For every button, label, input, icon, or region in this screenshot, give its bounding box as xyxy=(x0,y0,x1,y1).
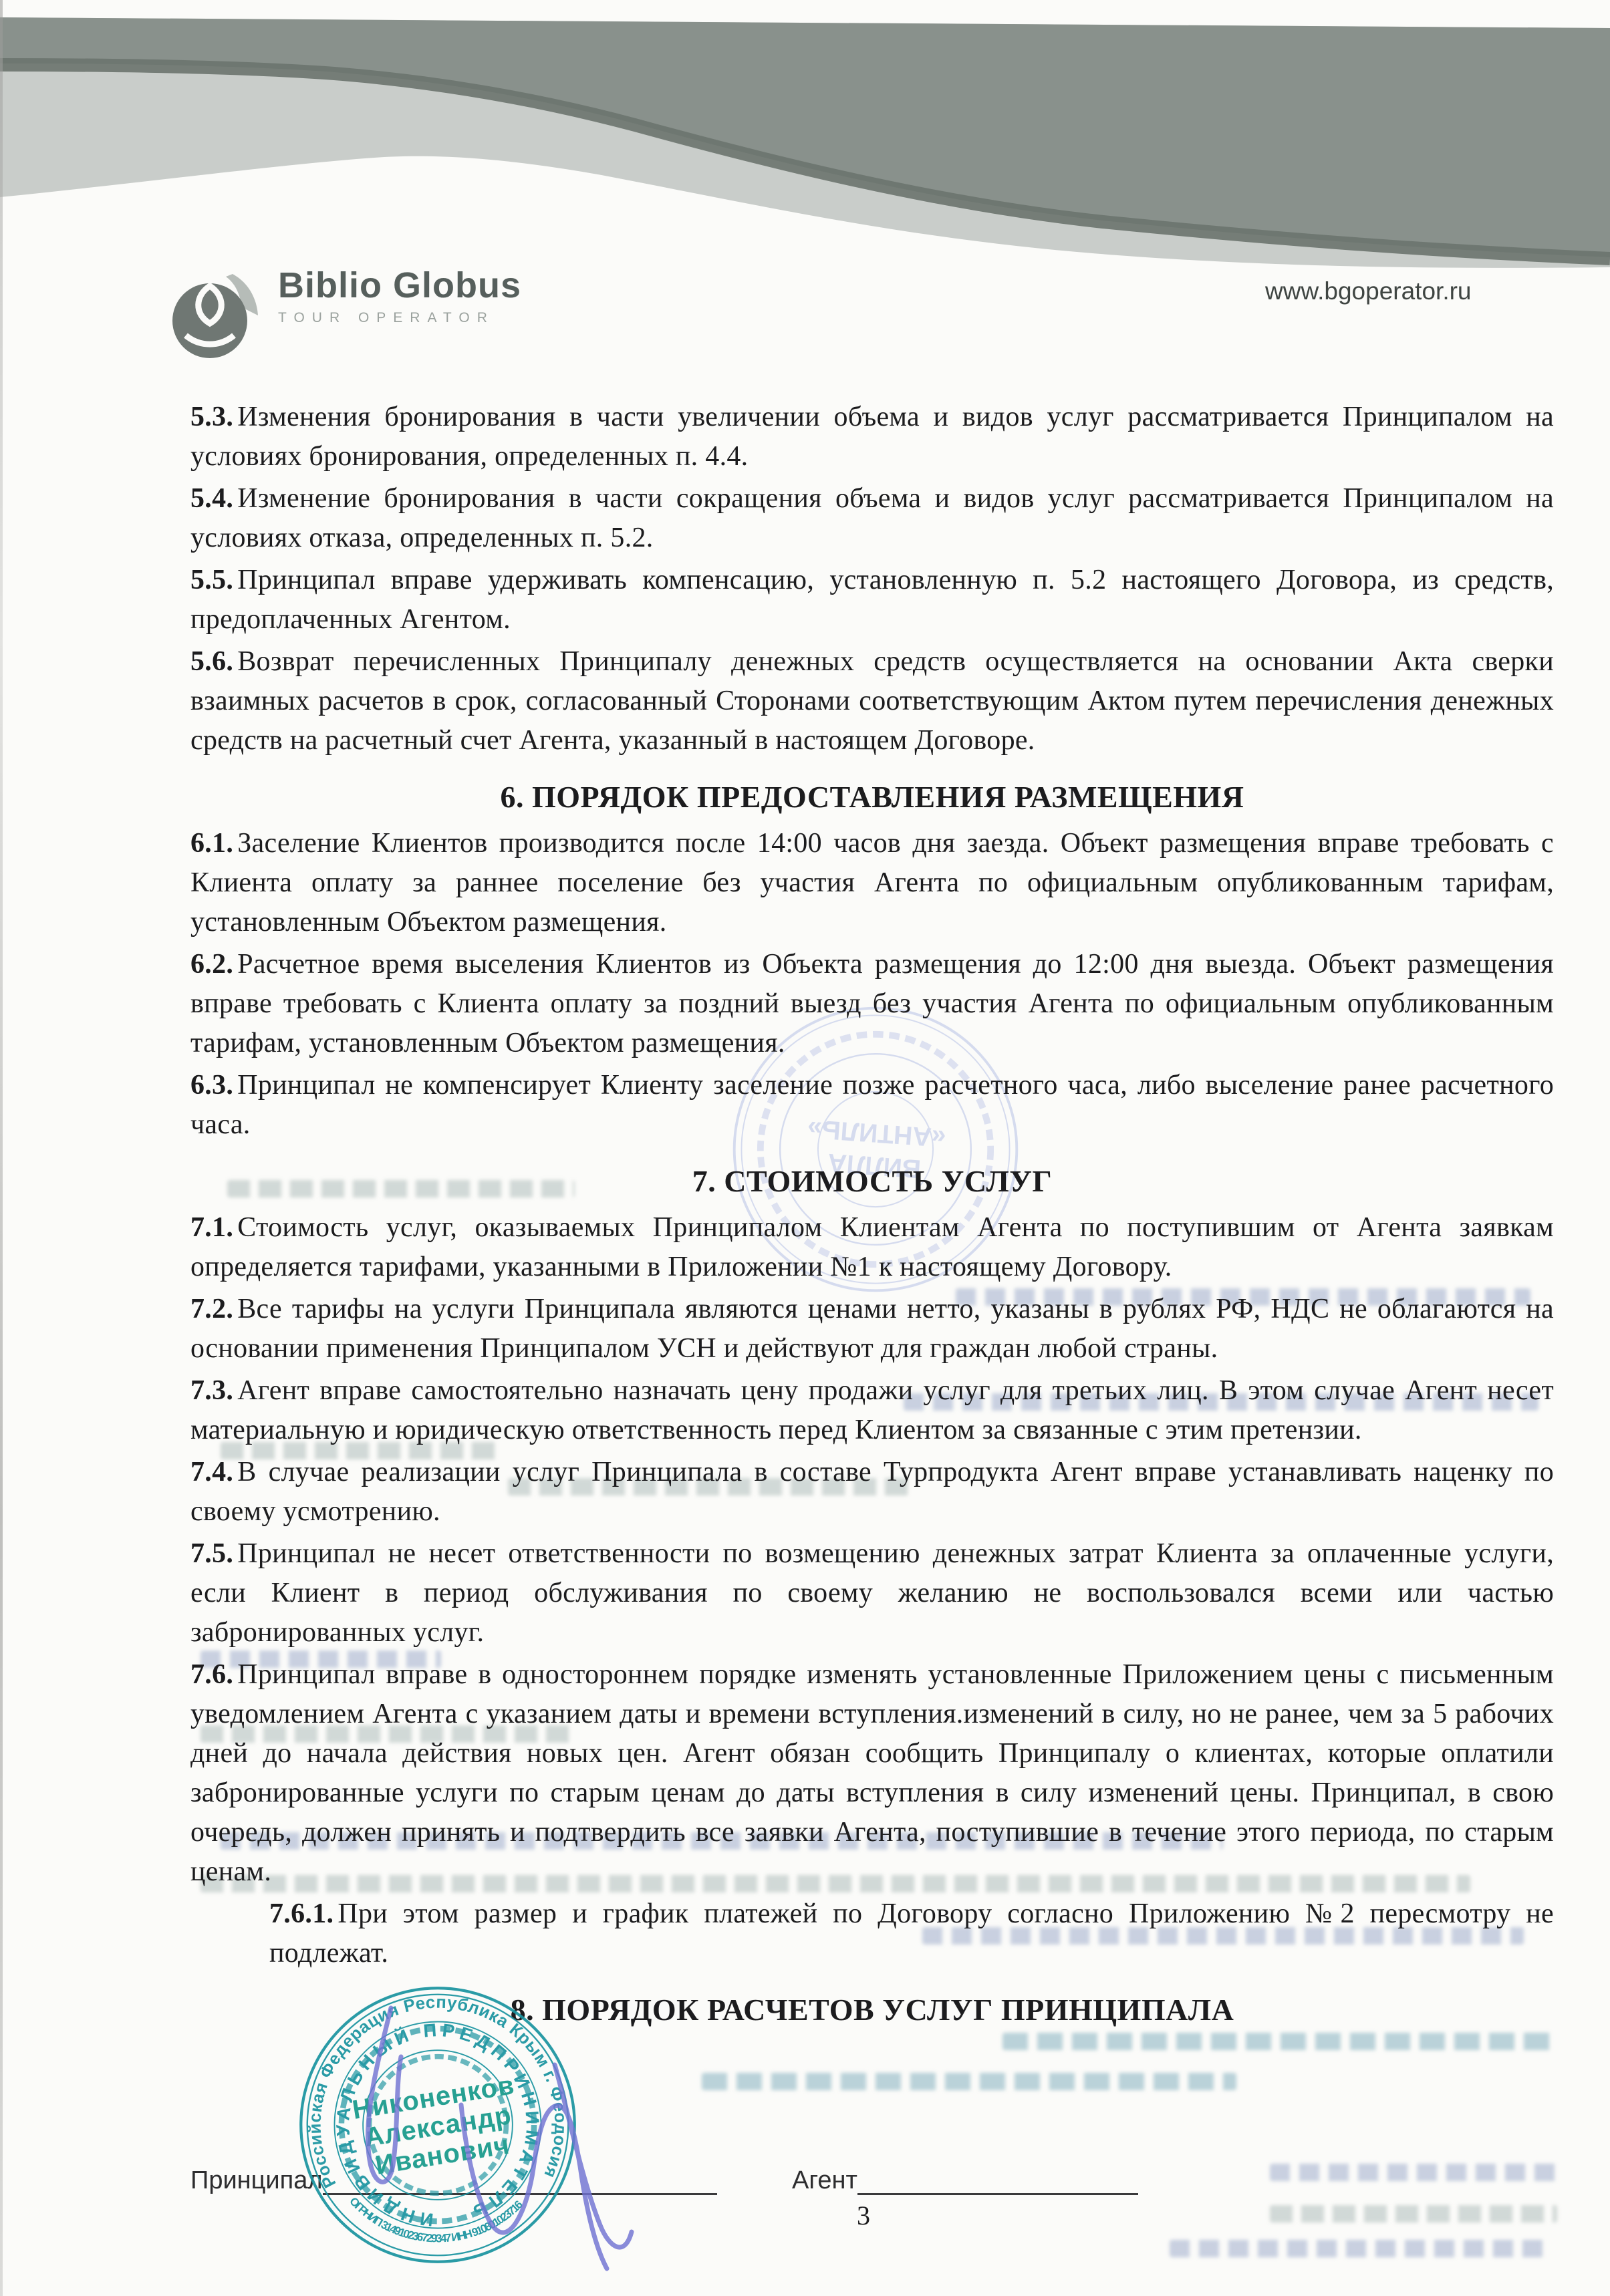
clause-7.3: 7.3.Агент вправе самостоятельно назначат… xyxy=(190,1371,1554,1450)
clause-text: Агент вправе самостоятельно назначать це… xyxy=(190,1375,1554,1445)
clause-7.2: 7.2.Все тарифы на услуги Принципала явля… xyxy=(190,1290,1554,1369)
clause-7.6: 7.6.Принципал вправе в одностороннем пор… xyxy=(190,1655,1554,1892)
clause-number: 7.2. xyxy=(190,1294,237,1324)
clause-text: Возврат перечисленных Принципалу денежны… xyxy=(190,646,1554,756)
clause-text: Принципал не компенсирует Клиенту заселе… xyxy=(190,1070,1554,1140)
clause-text: При этом размер и график платежей по Дог… xyxy=(269,1898,1554,1969)
clause-number: 7.6. xyxy=(190,1659,237,1690)
clause-number: 7.6.1. xyxy=(269,1898,338,1929)
clause-text: В случае реализации услуг Принципала в с… xyxy=(190,1457,1554,1527)
brand-tagline: TOUR OPERATOR xyxy=(278,310,521,326)
brand-block: Biblio Globus TOUR OPERATOR xyxy=(168,266,521,366)
clause-6.1: 6.1.Заселение Клиентов производится посл… xyxy=(190,824,1554,942)
clause-text: Стоимость услуг, оказываемых Принципалом… xyxy=(190,1212,1554,1282)
clause-7.4: 7.4.В случае реализации услуг Принципала… xyxy=(190,1453,1554,1532)
agent-label: Агент xyxy=(792,2166,857,2195)
agent-signature-block: Агент xyxy=(792,2164,1138,2195)
clause-text: Изменение бронирования в части сокращени… xyxy=(190,483,1554,553)
document-body: 5.3.Изменения бронирования в части увели… xyxy=(190,398,1554,2037)
clause-5.3: 5.3.Изменения бронирования в части увели… xyxy=(190,398,1554,476)
clause-number: 5.5. xyxy=(190,565,237,595)
scanned-contract-page: Biblio Globus TOUR OPERATOR www.bgoperat… xyxy=(0,0,1610,2296)
clause-text: Принципал вправе в одностороннем порядке… xyxy=(190,1659,1554,1887)
clause-number: 7.1. xyxy=(190,1212,237,1243)
clause-6.2: 6.2.Расчетное время выселения Клиентов и… xyxy=(190,945,1554,1063)
section-heading: 7. СТОИМОСТЬ УСЛУГ xyxy=(190,1163,1554,1199)
clause-number: 7.4. xyxy=(190,1457,237,1487)
website-url: www.bgoperator.ru xyxy=(1265,277,1559,305)
clause-text: Заселение Клиентов производится после 14… xyxy=(190,828,1554,938)
bleed-through-artifact xyxy=(1270,2164,1557,2181)
clause-number: 6.2. xyxy=(190,949,237,980)
clause-6.3: 6.3.Принципал не компенсирует Клиенту за… xyxy=(190,1066,1554,1145)
bleed-through-artifact xyxy=(1270,2205,1557,2222)
clause-number: 5.6. xyxy=(190,646,237,677)
brand-logo-icon xyxy=(168,266,261,366)
agent-signature-line xyxy=(857,2164,1138,2195)
clause-5.6: 5.6.Возврат перечисленных Принципалу ден… xyxy=(190,642,1554,760)
bleed-through-artifact xyxy=(1170,2240,1544,2257)
clause-text: Все тарифы на услуги Принципала являются… xyxy=(190,1294,1554,1364)
clause-7.1: 7.1.Стоимость услуг, оказываемых Принцип… xyxy=(190,1208,1554,1287)
clause-number: 7.3. xyxy=(190,1375,237,1406)
clause-text: Изменения бронирования в части увеличени… xyxy=(190,402,1554,472)
clause-number: 6.1. xyxy=(190,828,237,859)
clause-number: 6.3. xyxy=(190,1070,237,1101)
clause-7.5: 7.5.Принципал не несет ответственности п… xyxy=(190,1534,1554,1653)
clause-number: 7.5. xyxy=(190,1538,237,1569)
clause-text: Принципал вправе удерживать компенсацию,… xyxy=(190,565,1554,635)
clause-number: 5.3. xyxy=(190,402,237,432)
brand-name: Biblio Globus xyxy=(278,266,521,305)
clause-5.5: 5.5.Принципал вправе удерживать компенса… xyxy=(190,561,1554,639)
clause-5.4: 5.4.Изменение бронирования в части сокра… xyxy=(190,479,1554,558)
clause-text: Принципал не несет ответственности по во… xyxy=(190,1538,1554,1648)
handwritten-signature xyxy=(287,1971,735,2296)
bleed-through-artifact xyxy=(702,2073,1236,2090)
clause-7.6.1: 7.6.1.При этом размер и график платежей … xyxy=(269,1894,1554,1973)
page-number: 3 xyxy=(857,2200,870,2231)
section-heading: 6. ПОРЯДОК ПРЕДОСТАВЛЕНИЯ РАЗМЕЩЕНИЯ xyxy=(190,779,1554,815)
clause-text: Расчетное время выселения Клиентов из Об… xyxy=(190,949,1554,1058)
clause-number: 5.4. xyxy=(190,483,237,514)
